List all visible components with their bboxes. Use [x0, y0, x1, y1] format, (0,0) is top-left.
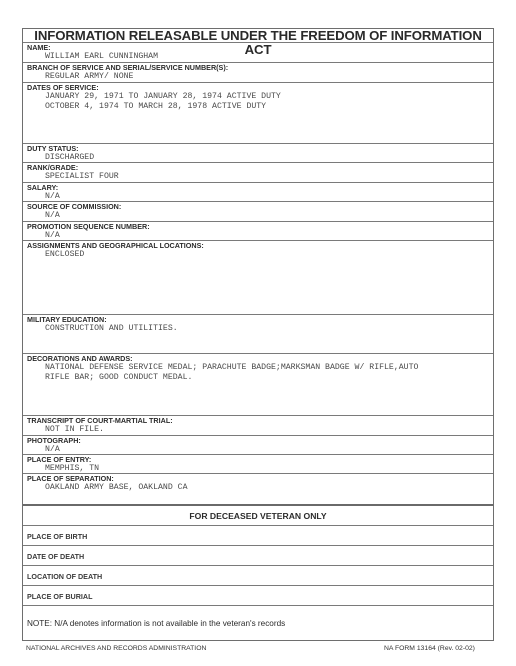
field-label: LOCATION OF DEATH — [27, 572, 102, 581]
field-label: PLACE OF ENTRY: — [27, 455, 91, 464]
field-label: SOURCE OF COMMISSION: — [27, 202, 121, 211]
field-value: NOT IN FILE. — [45, 425, 104, 435]
field-label: DUTY STATUS: — [27, 144, 79, 153]
field-place-of-separation: PLACE OF SEPARATION: OAKLAND ARMY BASE, … — [23, 474, 493, 506]
field-value: OAKLAND ARMY BASE, OAKLAND CA — [45, 483, 188, 493]
field-label: DECORATIONS AND AWARDS: — [27, 354, 133, 363]
field-label: MILITARY EDUCATION: — [27, 315, 107, 324]
field-dates-of-service: DATES OF SERVICE: JANUARY 29, 1971 TO JA… — [23, 83, 493, 144]
field-assignments: ASSIGNMENTS AND GEOGRAPHICAL LOCATIONS: … — [23, 241, 493, 315]
field-value: N/A — [45, 192, 60, 202]
footer-form-number: NA FORM 13164 (Rev. 02-02) — [384, 645, 475, 652]
field-value: WILLIAM EARL CUNNINGHAM — [45, 52, 158, 62]
form-title-row: INFORMATION RELEASABLE UNDER THE FREEDOM… — [23, 29, 493, 43]
footer-agency: NATIONAL ARCHIVES AND RECORDS ADMINISTRA… — [26, 645, 206, 652]
field-name: NAME: WILLIAM EARL CUNNINGHAM — [23, 43, 493, 63]
field-value: CONSTRUCTION AND UTILITIES. — [45, 324, 178, 334]
field-label: PLACE OF BIRTH — [27, 532, 87, 541]
deceased-header-text: FOR DECEASED VETERAN ONLY — [23, 506, 493, 526]
field-value: DISCHARGED — [45, 153, 94, 163]
field-label: PLACE OF BURIAL — [27, 592, 92, 601]
field-label: DATE OF DEATH — [27, 552, 84, 561]
note-text: NOTE: N/A denotes information is not ava… — [27, 619, 285, 628]
field-court-martial-transcript: TRANSCRIPT OF COURT-MARTIAL TRIAL: NOT I… — [23, 416, 493, 436]
field-value: N/A — [45, 211, 60, 221]
field-value: SPECIALIST FOUR — [45, 172, 119, 182]
field-label: DATES OF SERVICE: — [27, 83, 99, 92]
field-military-education: MILITARY EDUCATION: CONSTRUCTION AND UTI… — [23, 315, 493, 354]
field-label: PROMOTION SEQUENCE NUMBER: — [27, 222, 150, 231]
field-value: ENCLOSED — [45, 250, 84, 260]
field-label: NAME: — [27, 43, 51, 52]
field-date-of-death: DATE OF DEATH — [23, 546, 493, 566]
field-value: NATIONAL DEFENSE SERVICE MEDAL; PARACHUT… — [45, 363, 418, 383]
note-row: NOTE: N/A denotes information is not ava… — [23, 606, 493, 641]
field-place-of-birth: PLACE OF BIRTH — [23, 526, 493, 546]
field-branch-of-service: BRANCH OF SERVICE AND SERIAL/SERVICE NUM… — [23, 63, 493, 83]
foia-release-form: INFORMATION RELEASABLE UNDER THE FREEDOM… — [22, 28, 494, 641]
field-rank-grade: RANK/GRADE: SPECIALIST FOUR — [23, 163, 493, 183]
field-label: RANK/GRADE: — [27, 163, 78, 172]
field-label: ASSIGNMENTS AND GEOGRAPHICAL LOCATIONS: — [27, 241, 204, 250]
field-value: N/A — [45, 445, 60, 455]
field-label: SALARY: — [27, 183, 58, 192]
field-promotion-sequence-number: PROMOTION SEQUENCE NUMBER: N/A — [23, 222, 493, 241]
deceased-veteran-header: FOR DECEASED VETERAN ONLY — [23, 506, 493, 526]
field-value: MEMPHIS, TN — [45, 464, 99, 474]
field-decorations-awards: DECORATIONS AND AWARDS: NATIONAL DEFENSE… — [23, 354, 493, 416]
field-location-of-death: LOCATION OF DEATH — [23, 566, 493, 586]
field-duty-status: DUTY STATUS: DISCHARGED — [23, 144, 493, 163]
field-value: REGULAR ARMY/ NONE — [45, 72, 133, 82]
field-place-of-entry: PLACE OF ENTRY: MEMPHIS, TN — [23, 455, 493, 474]
field-label: TRANSCRIPT OF COURT-MARTIAL TRIAL: — [27, 416, 173, 425]
field-value: N/A — [45, 231, 60, 241]
field-salary: SALARY: N/A — [23, 183, 493, 202]
field-label: PHOTOGRAPH: — [27, 436, 81, 445]
field-value: JANUARY 29, 1971 TO JANUARY 28, 1974 ACT… — [45, 92, 281, 112]
field-place-of-burial: PLACE OF BURIAL — [23, 586, 493, 606]
field-photograph: PHOTOGRAPH: N/A — [23, 436, 493, 455]
field-source-of-commission: SOURCE OF COMMISSION: N/A — [23, 202, 493, 222]
field-label: BRANCH OF SERVICE AND SERIAL/SERVICE NUM… — [27, 63, 228, 72]
field-label: PLACE OF SEPARATION: — [27, 474, 114, 483]
